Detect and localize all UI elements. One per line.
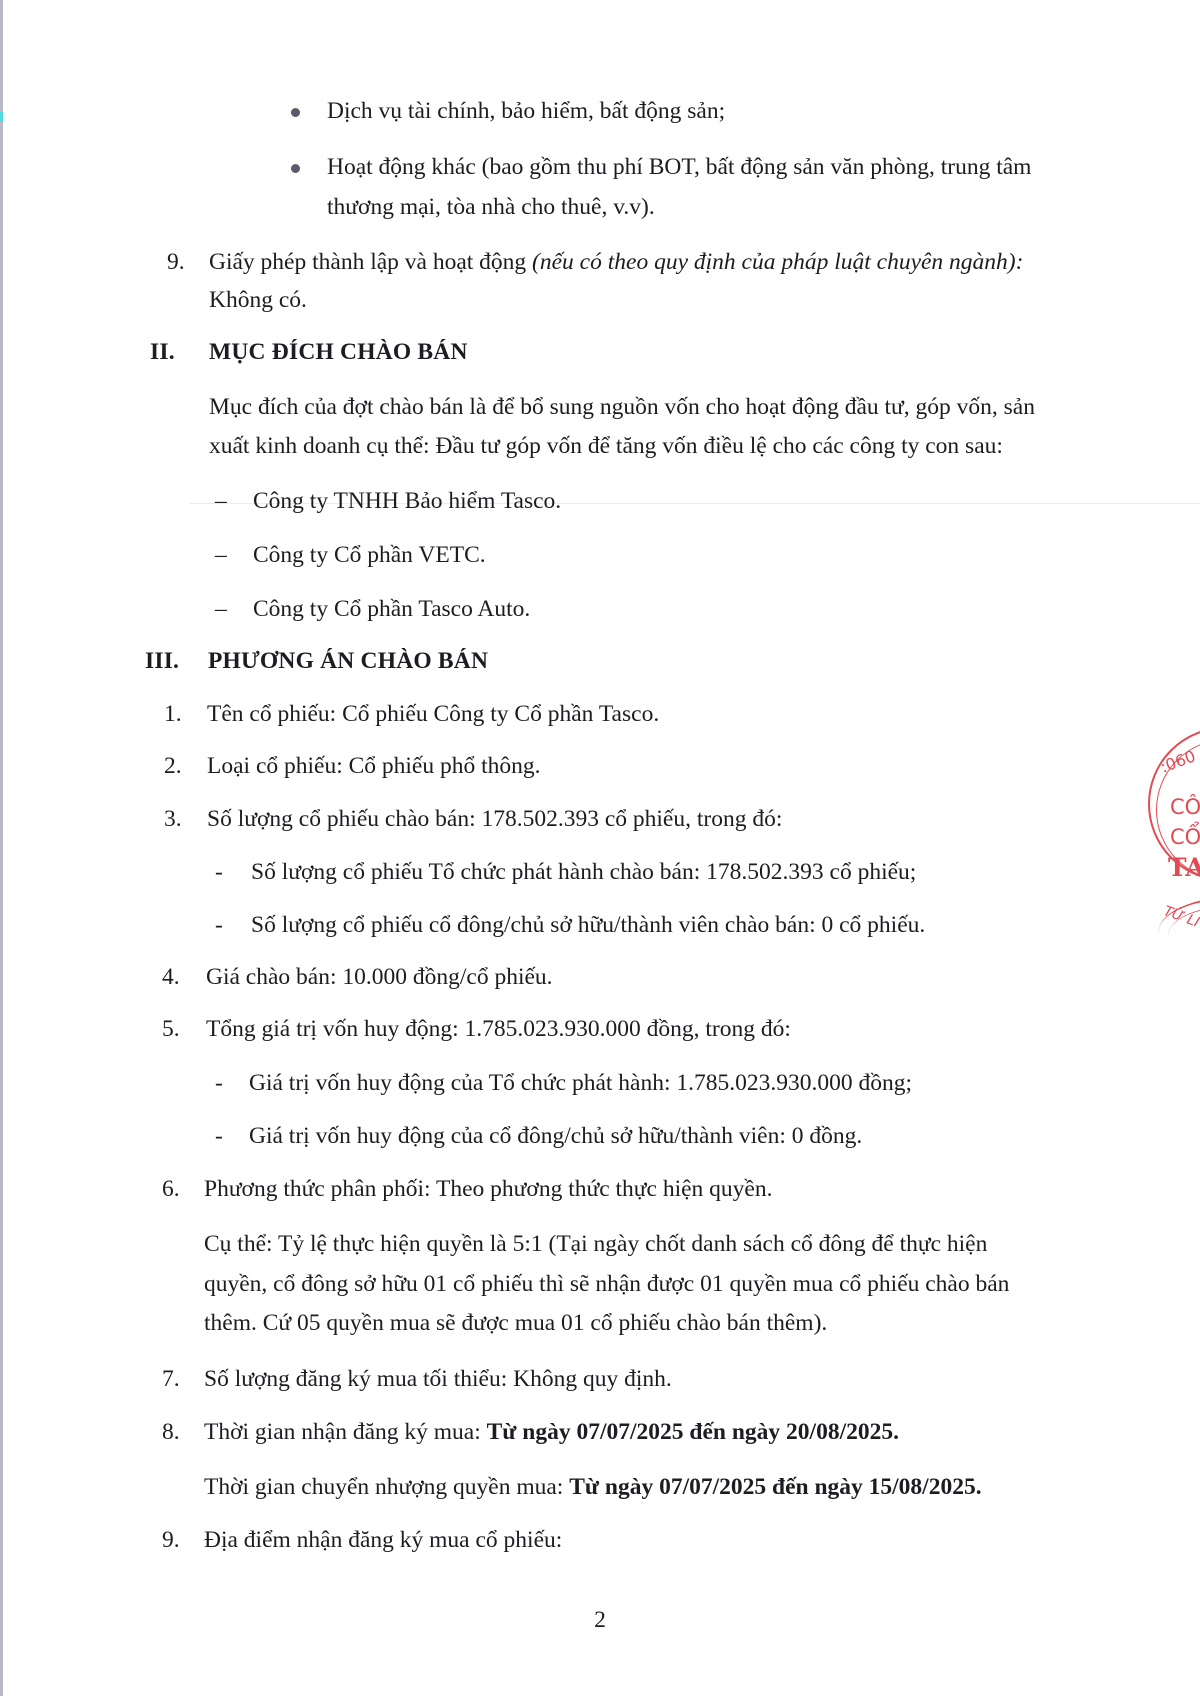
bullet-item: Hoạt động khác (bao gồm thu phí BOT, bất… <box>327 152 1031 182</box>
section-number: III. <box>145 646 179 676</box>
list-number: 9. <box>162 1525 180 1555</box>
bullet-item: Dịch vụ tài chính, bảo hiểm, bất động sả… <box>327 96 725 126</box>
license-answer: Không có. <box>209 285 307 315</box>
bullet-icon <box>291 164 300 173</box>
offer-subitem: Giá trị vốn huy động của cổ đông/chủ sở … <box>249 1121 862 1151</box>
list-number: 9. <box>167 247 185 277</box>
subscription-period-dates: Từ ngày 07/07/2025 đến ngày 20/08/2025. <box>487 1419 899 1445</box>
paragraph-line: Cụ thể: Tỷ lệ thực hiện quyền là 5:1 (Tạ… <box>204 1229 987 1259</box>
paragraph-line: quyền, cổ đông sở hữu 01 cổ phiếu thì sẽ… <box>204 1269 1009 1299</box>
dash-icon: – <box>215 486 227 516</box>
dash-icon: - <box>215 1121 223 1151</box>
seal-text: TA <box>1168 853 1200 882</box>
offer-item: Tổng giá trị vốn huy động: 1.785.023.930… <box>206 1014 791 1044</box>
offer-item: Tên cổ phiếu: Cổ phiếu Công ty Cổ phần T… <box>207 699 659 729</box>
license-note: (nếu có theo quy định của pháp luật chuy… <box>532 249 1023 275</box>
license-label: Giấy phép thành lập và hoạt động <box>209 249 532 275</box>
list-number: 6. <box>162 1174 180 1204</box>
offer-item: Số lượng cổ phiếu chào bán: 178.502.393 … <box>207 804 782 834</box>
offer-item: Phương thức phân phối: Theo phương thức … <box>204 1174 772 1204</box>
offer-item: Số lượng đăng ký mua tối thiểu: Không qu… <box>204 1364 672 1394</box>
offer-item: Giá chào bán: 10.000 đồng/cổ phiếu. <box>206 962 553 992</box>
section-title: PHƯƠNG ÁN CHÀO BÁN <box>208 646 488 676</box>
offer-subitem: Số lượng cổ phiếu Tổ chức phát hành chào… <box>251 857 916 887</box>
paragraph-line: thêm. Cứ 05 quyền mua sẽ được mua 01 cổ … <box>204 1308 827 1338</box>
list-number: 7. <box>162 1364 180 1394</box>
subsidiary-item: Công ty TNHH Bảo hiểm Tasco. <box>253 486 561 516</box>
list-number: 2. <box>164 751 182 781</box>
seal-text: CỔ <box>1170 825 1200 849</box>
offer-item: Địa điểm nhận đăng ký mua cổ phiếu: <box>204 1525 562 1555</box>
subsidiary-item: Công ty Cổ phần Tasco Auto. <box>253 594 530 624</box>
list-number: 4. <box>162 962 180 992</box>
section-title: MỤC ĐÍCH CHÀO BÁN <box>209 337 468 367</box>
dash-icon: - <box>215 1068 223 1098</box>
dash-icon: – <box>215 594 227 624</box>
scan-border <box>0 0 3 1696</box>
list-number: 1. <box>164 699 182 729</box>
transfer-period-label: Thời gian chuyển nhượng quyền mua: <box>204 1474 569 1500</box>
dash-icon: – <box>215 540 227 570</box>
page-number: 2 <box>0 1605 1200 1635</box>
dash-icon: - <box>215 910 223 940</box>
section-number: II. <box>150 337 175 367</box>
offer-item: Thời gian nhận đăng ký mua: Từ ngày 07/0… <box>204 1417 899 1447</box>
company-seal-stamp: :060 CÔ CỔ TA TỪ LI <box>1148 727 1200 937</box>
list-number: 3. <box>164 804 182 834</box>
offer-subitem: Số lượng cổ phiếu cổ đông/chủ sở hữu/thà… <box>251 910 925 940</box>
list-number: 8. <box>162 1417 180 1447</box>
paragraph-line: xuất kinh doanh cụ thể: Đầu tư góp vốn đ… <box>209 431 1003 461</box>
bullet-item-continuation: thương mại, tòa nhà cho thuê, v.v). <box>327 192 655 222</box>
subsidiary-item: Công ty Cổ phần VETC. <box>253 540 486 570</box>
offer-item-extra: Thời gian chuyển nhượng quyền mua: Từ ng… <box>204 1472 982 1502</box>
offer-subitem: Giá trị vốn huy động của Tổ chức phát hà… <box>249 1068 912 1098</box>
paragraph-line: Mục đích của đợt chào bán là để bổ sung … <box>209 392 1035 422</box>
subscription-period-label: Thời gian nhận đăng ký mua: <box>204 1419 487 1445</box>
bullet-icon <box>291 108 300 117</box>
offer-item: Loại cổ phiếu: Cổ phiếu phổ thông. <box>207 751 541 781</box>
transfer-period-dates: Từ ngày 07/07/2025 đến ngày 15/08/2025. <box>569 1474 981 1500</box>
seal-text: CÔ <box>1170 795 1200 819</box>
list-number: 5. <box>162 1014 180 1044</box>
license-item: Giấy phép thành lập và hoạt động (nếu có… <box>209 247 1023 277</box>
dash-icon: - <box>215 857 223 887</box>
